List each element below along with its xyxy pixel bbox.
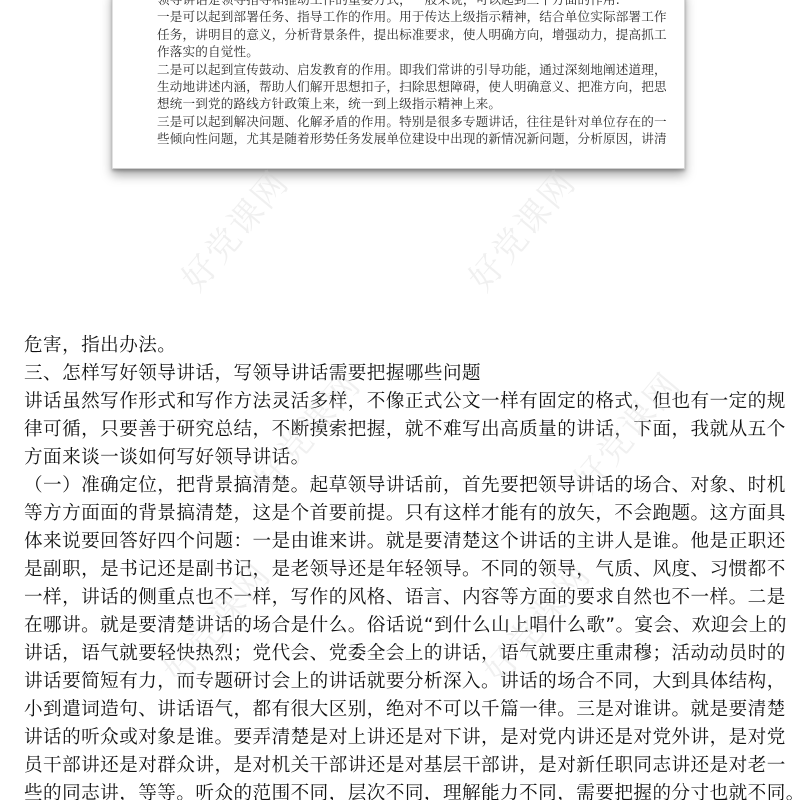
subsection-line: （一）准确定位，把背景搞清楚。起草领导讲话前，首先要把领导讲话的场合、对象、时机 (24, 472, 784, 500)
card-line: 想统一到党的路线方针政策上来，统一到上级指示精神上来。 (157, 95, 677, 112)
card-line: 作落实的自觉性。 (157, 43, 677, 60)
card-paragraph: 领导讲话是领导指导和推动工作的重要方式，一般来说，可以起到三个方面的作用. 一是… (157, 0, 677, 148)
body-line: 律可循，只要善于研究总结，不断摸索把握，就不难写出高质量的讲话，下面，我就从五个 (24, 416, 784, 444)
card-line: 一是可以起到部署任务、指导工作的作用。用于传达上级指示精神，结合单位实际部署工作 (157, 8, 677, 25)
card-line: 任务，讲明目的意义，分析背景条件，提出标准要求，使人明确方向，增强动力，提高抓工 (157, 26, 677, 43)
body-line: 体来说要回答好四个问题：一是由谁来讲。就是要清楚这个讲话的主讲人是谁。他是正职还 (24, 528, 784, 556)
watermark-text: 好党课网 (168, 158, 298, 300)
body-line: 讲话虽然写作形式和写作方法灵活多样，不像正式公文一样有固定的格式，但也有一定的规 (24, 388, 784, 416)
document-page: 领导讲话是领导指导和推动工作的重要方式，一般来说，可以起到三个方面的作用. 一是… (0, 0, 800, 800)
card-line: 三是可以起到解决问题、化解矛盾的作用。特别是很多专题讲话，往往是针对单位存在的一 (157, 113, 677, 130)
body-line: 员干部讲还是对群众讲，是对机关干部讲还是对基层干部讲，是对新任职同志讲还是对老一 (24, 752, 784, 780)
body-line: 讲话的听众或对象是谁。要弄清楚是对上讲还是对下讲，是对党内讲还是对党外讲，是对党 (24, 724, 784, 752)
document-preview-card: 领导讲话是领导指导和推动工作的重要方式，一般来说，可以起到三个方面的作用. 一是… (112, 0, 685, 169)
body-line: 是副职，是书记还是副书记，是老领导还是年轻领导。不同的领导，气质、风度、习惯都不 (24, 556, 784, 584)
body-line: 在哪讲。就是要清楚讲话的场合是什么。俗话说“到什么山上唱什么歌”。宴会、欢迎会上… (24, 612, 784, 640)
body-line: 讲话，语气就要轻快热烈；党代会、党委全会上的讲话，语气就要庄重肃穆；活动动员时的 (24, 640, 784, 668)
body-line: 讲话要简短有力，而专题研讨会上的讲话就要分析深入。讲话的场合不同，大到具体结构， (24, 668, 784, 696)
card-line: 生动地讲述内涵，帮助人们解开思想扣子，扫除思想障碍，使人明确意义、把准方向，把思 (157, 78, 677, 95)
body-line: 一样，讲话的侧重点也不一样，写作的风格、语言、内容等方面的要求自然也不一样。二是 (24, 584, 784, 612)
card-line: 些倾向性问题，尤其是随着形势任务发展单位建设中出现的新情况新问题，分析原因，讲清 (157, 130, 677, 147)
card-line: 领导讲话是领导指导和推动工作的重要方式，一般来说，可以起到三个方面的作用. (157, 0, 677, 8)
body-line: 危害，指出办法。 (24, 332, 784, 360)
body-line: 方面来谈一谈如何写好领导讲话。 (24, 444, 784, 472)
section-heading: 三、怎样写好领导讲话，写领导讲话需要把握哪些问题 (24, 360, 784, 388)
card-line: 二是可以起到宣传鼓动、启发教育的作用。即我们常讲的引导功能，通过深刻地阐述道理， (157, 61, 677, 78)
watermark-text: 好党课网 (455, 158, 585, 300)
document-body: 危害，指出办法。 三、怎样写好领导讲话，写领导讲话需要把握哪些问题 讲话虽然写作… (24, 332, 784, 800)
body-line: 小到遣词造句、讲话语气，都有很大区别，绝对不可以千篇一律。三是对谁讲。就是要清楚 (24, 696, 784, 724)
body-line: 些的同志讲，等等。听众的范围不同，层次不同，理解能力不同，需要把握的分寸也就不同… (24, 780, 784, 800)
body-line: 等方方面面的背景搞清楚，这是个首要前提。只有这样才能有的放矢，不会跑题。这方面具 (24, 500, 784, 528)
